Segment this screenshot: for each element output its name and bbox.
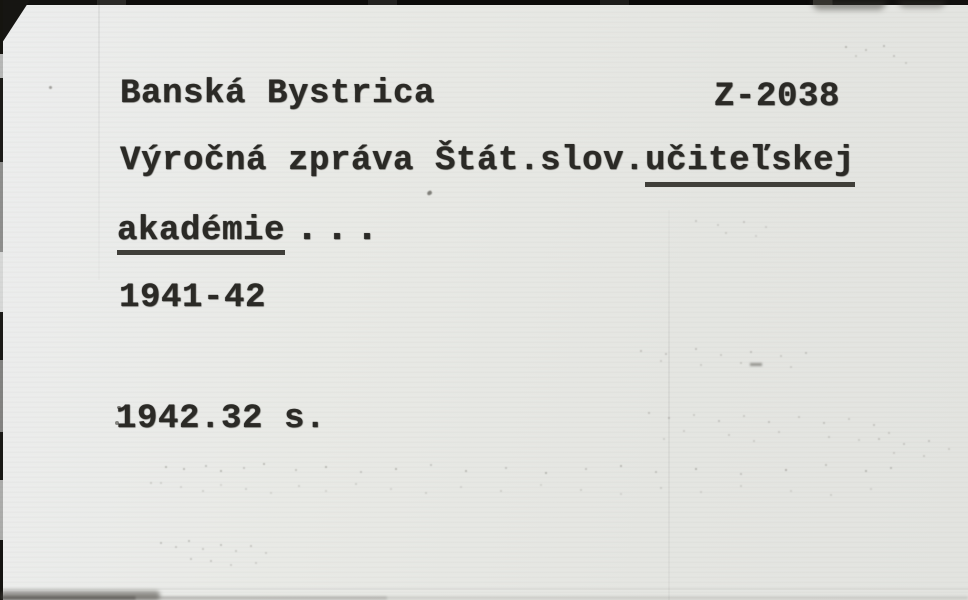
bottom-left-shadow: [0, 591, 160, 600]
ghost-marks: [695, 220, 697, 222]
ghost-marks: [845, 46, 847, 48]
ghost-marks: [165, 466, 167, 468]
title-line-2-underlined: akadémie: [117, 212, 285, 255]
ink-speck: [49, 86, 52, 89]
report-years: 1941-42: [119, 281, 266, 315]
ghost-marks: [160, 542, 162, 544]
ghost-marks: [750, 363, 762, 366]
title-line-1-plain: Výročná zpráva Štát.slov.: [120, 142, 645, 180]
title-line-2: akadémie...: [117, 213, 385, 248]
paper-crease: [0, 588, 968, 590]
paper-crease: [668, 210, 670, 600]
ghost-marks: [878, 438, 880, 440]
paper-crease: [98, 0, 100, 280]
title-line-1-underlined: učiteľskej: [645, 142, 855, 187]
imprint-line: 1942.32 s.: [116, 402, 326, 436]
title-ellipsis: ...: [295, 207, 385, 252]
top-left-corner-fold: [0, 0, 34, 48]
title-line-1: Výročná zpráva Štát.slov.učiteľskej: [120, 144, 855, 178]
ghost-marks: [150, 482, 152, 484]
top-edge-smudge: [898, 0, 946, 8]
top-edge-smudge: [812, 0, 886, 10]
ink-speck: [426, 190, 432, 196]
catalog-card: Banská Bystrica Z-2038 Výročná zpráva Št…: [0, 0, 968, 600]
heading-city: Banská Bystrica: [120, 77, 435, 111]
card-left-edge: [0, 0, 3, 600]
ghost-marks: [640, 350, 642, 352]
call-number: Z-2038: [714, 80, 840, 114]
ghost-marks: [648, 412, 650, 414]
